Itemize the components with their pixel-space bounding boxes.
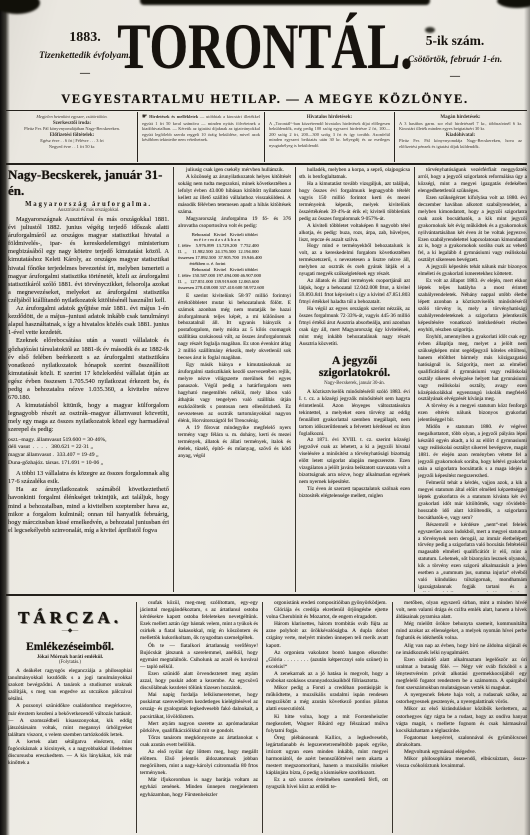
column-1: Nagy-Becskerek, január 31-én. Magyarorsz… — [8, 167, 169, 592]
advertisement-info-box: ☛ Hirdetések és mellékletek — utóbbiak a… — [137, 112, 265, 162]
horizontal-rule — [6, 163, 527, 165]
newspaper-page: 1883. Tizenkettedik évfolyam. — TORONTÁL… — [0, 0, 530, 835]
feuilleton-text: metőben, olyan egyszerű sírban, mint a m… — [396, 600, 527, 770]
subscription-prices: Negyed évre . . 1 frt 50 kr. — [11, 144, 133, 150]
article-subhead-secondary: Ausztriával és más országokkal. — [8, 208, 169, 213]
scan-smudge — [140, 0, 430, 5]
article-text: E szerint kivitelünk 58·97 millió forint… — [178, 293, 291, 460]
column-3: hulladék, melyben a korpa, a seprő, olaj… — [299, 167, 410, 592]
article-text: juliusig csak igen csekély mérvben hullá… — [178, 167, 291, 230]
railway-share-list: oszt.–magy. államvasut 519.600 = 30·46%,… — [8, 437, 169, 469]
feuilleton-text: orgonistánk eredeti compositióiban gyöny… — [266, 600, 388, 792]
article-text: A köztisztviselők minősítéséről szóló 18… — [299, 389, 410, 500]
tarcza-column-1: TÁRCZA. —◆— Emlékezéseimből. Jókai Mórna… — [8, 600, 132, 833]
pointing-hand-icon: ☛ — [142, 114, 147, 120]
official-ads-text: A „Torontál“-ban közzéteendő hivatalos h… — [269, 121, 390, 149]
main-article-area: Nagy-Becskerek, január 31-én. Magyarorsz… — [8, 167, 527, 592]
issue-date: Csötörtök, február 1-én. — [388, 55, 522, 65]
article-text: hulladék, melyben a korpa, a seprő, olaj… — [299, 167, 410, 348]
column-rule — [136, 602, 137, 833]
column-rule — [414, 167, 415, 592]
feuilleton-text: csufak közül, meg-meg szólítottam, egy-e… — [140, 600, 258, 799]
column-rule — [262, 602, 263, 833]
tarcza-column-4: metőben, olyan egyszerű sírban, mint a m… — [396, 600, 527, 833]
column-rule — [295, 167, 296, 592]
tarcza-column-3: orgonistánk eredeti compositióiban gyöny… — [266, 600, 388, 833]
frequency-note: Megjelen hetenkint egyszer, csütörtökön. — [11, 114, 133, 120]
trade-figures-table: Behozatal Kivitel Kiviteli többlet m é t… — [178, 232, 291, 291]
article-subhead: Magyarország áruforgalma. — [8, 201, 169, 208]
tarcza-column-2: csufak közül, meg-meg szólítottam, egy-e… — [140, 600, 258, 833]
dateline: Nagy-Becskerek, január 30-án. — [299, 381, 410, 386]
editorial-office-text: Pleitz Fer. Pál könyvnyomdájában Nagy-Be… — [11, 126, 133, 132]
column-rule — [173, 167, 174, 592]
notary-article-headline: A jegyzői szigorlatokról. — [299, 355, 410, 379]
tarcza-article-title: Emlékezéseimből. — [8, 641, 132, 653]
column-rule — [392, 602, 393, 833]
article-text: törvényhatóságunk vezérférfiait meggyőzt… — [418, 167, 527, 592]
lead-headline: Nagy-Becskerek, január 31-én. — [8, 167, 169, 199]
column-2: juliusig csak igen csekély mérvben hullá… — [178, 167, 291, 592]
scan-smudge — [0, 0, 40, 14]
feuilleton-section: TÁRCZA. —◆— Emlékezéseimből. Jókai Mórna… — [8, 600, 527, 833]
issue-number: 5-ik szám. — [395, 33, 515, 49]
publication-info-bar: Megjelen hetenkint egyszer, csütörtökön.… — [7, 112, 526, 162]
tarcza-section-title: TÁRCZA. — [8, 608, 132, 628]
column-4: törvényhatóságunk vezérférfiait meggyőzt… — [418, 167, 527, 592]
article-text: Magyarországnak Ausztriával és más orszá… — [8, 216, 169, 435]
ads-lead-text: Hirdetések és mellékletek — [149, 114, 198, 119]
section-divider-rule — [6, 594, 527, 596]
continuation-note: (Folytatás.) — [8, 660, 132, 665]
private-ads-box: Magán hirdetések: A 3 hasábos garm. sor … — [395, 112, 526, 162]
feuilleton-text: A deákélet ragyogós elegancziája a philo… — [8, 668, 132, 767]
masthead-subtitle: VEGYESTARTALMU HETILAP. — A MEGYE KÖZLÖN… — [0, 92, 530, 107]
private-ads-text: A 3 hasábos garm. sor első hirdetésnél 7… — [399, 121, 522, 132]
ornament: —◆— — [8, 628, 132, 635]
dash-ornament: — — [430, 71, 480, 82]
official-ads-box: Hivatalos hirdetések: A „Torontál“-ban k… — [265, 112, 395, 162]
article-text: A többi 13 vállalatra és közegre az össz… — [8, 470, 169, 535]
scan-smudge — [497, 0, 530, 8]
subscription-info-box: Megjelen hetenkint egyszer, csütörtökön.… — [7, 112, 137, 162]
publisher-text: Pleitz Fer. Pál könyvnyomdája Nagy-Becsk… — [399, 138, 522, 149]
